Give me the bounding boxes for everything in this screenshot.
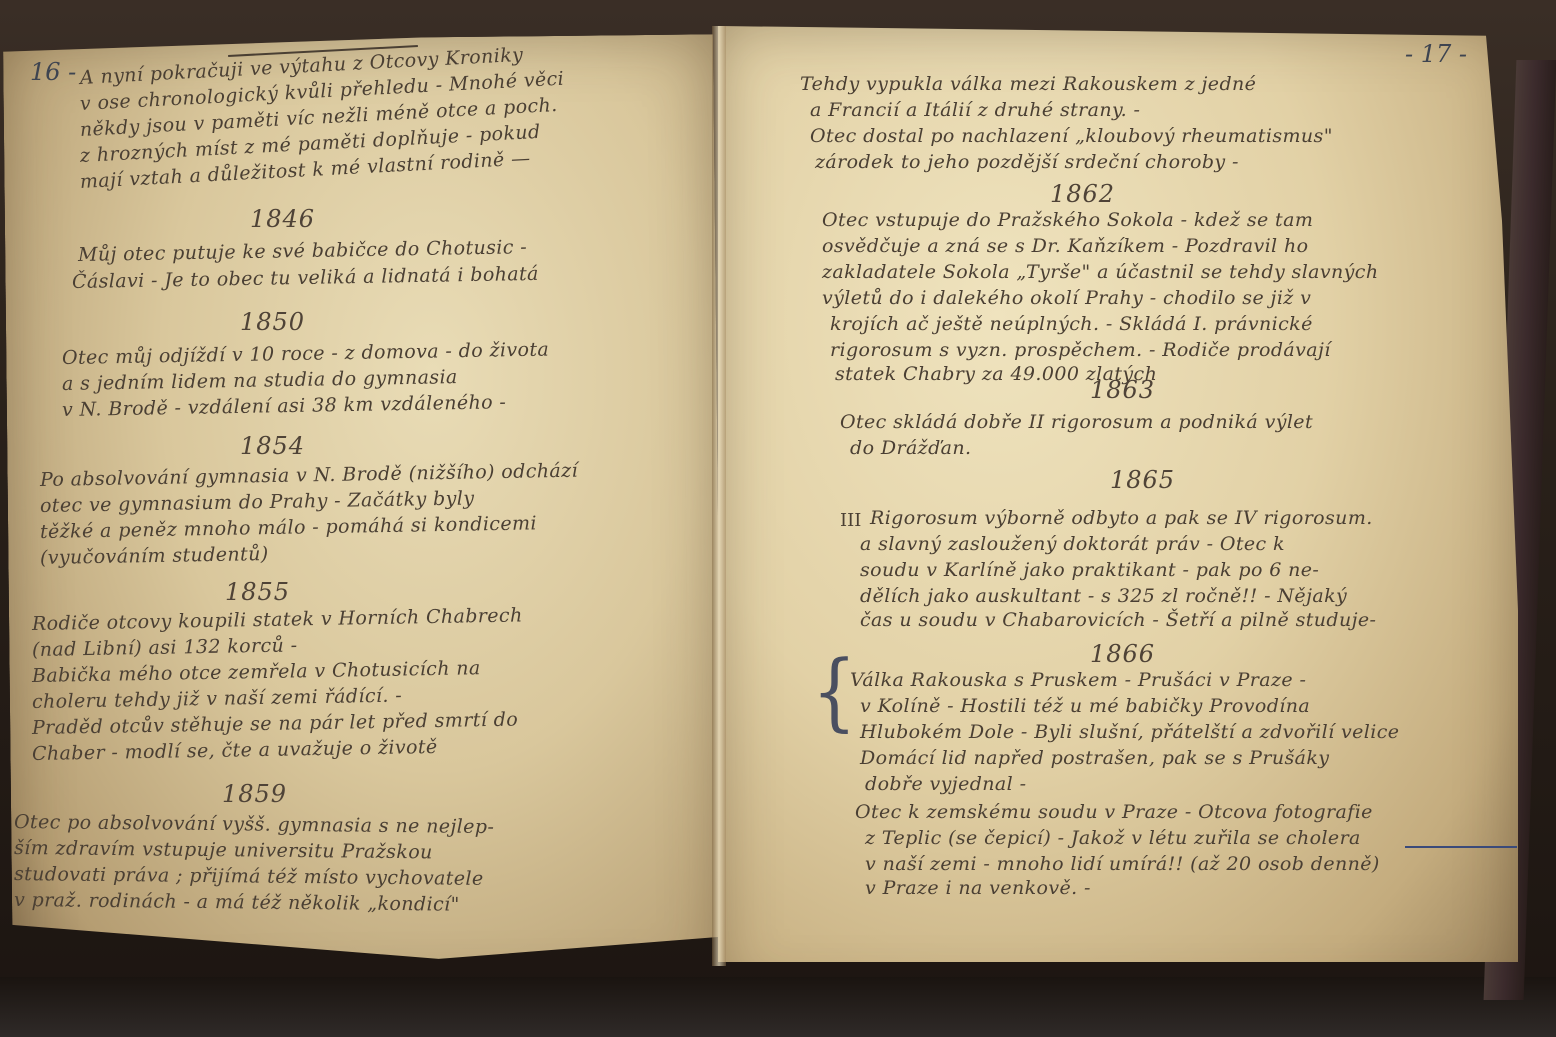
entry-year: 1866 [1090,640,1155,668]
entry-line: krojích ač ještě neúplných. - Skládá I. … [830,312,1313,337]
margin-roman-numeral: III [840,510,861,531]
intro-line: Otec dostal po nachlazení „kloubový rheu… [810,124,1333,149]
continuation-line: v Praze i na venkově. - [865,876,1091,901]
left-page-number: 16 - [30,58,76,86]
entry-year: 1862 [1050,180,1115,208]
entry-year: 1865 [1110,466,1175,494]
entry-line: Otec vstupuje do Pražského Sokola - kdež… [822,208,1313,233]
entry-line: ším zdravím vstupuje universitu Pražskou [14,836,433,865]
entry-line: Hlubokém Dole - Byli slušní, přátelští a… [860,720,1399,745]
intro-line: zárodek to jeho pozdější srdeční choroby… [815,150,1239,175]
entry-line: zakladatele Sokola „Tyrše" a účastnil se… [822,260,1378,285]
entry-line: Válka Rakouska s Pruskem - Prušáci v Pra… [850,668,1306,693]
entry-line: (nad Libní) asi 132 korců - [32,633,298,663]
entry-line: (vyučováním studentů) [40,542,269,571]
entry-year: 1859 [222,780,287,808]
entry-line: Rigorosum výborně odbyto a pak se IV rig… [870,506,1373,531]
entry-year: 1855 [225,578,290,606]
entry-year: 1850 [240,308,305,336]
entry-line: Domácí lid napřed postrašen, pak se s Pr… [860,746,1329,771]
entry-year: 1863 [1090,376,1155,404]
entry-line: soudu v Karlíně jako praktikant - pak po… [860,558,1319,583]
entry-line: studovati práva ; přijímá též místo vych… [14,862,484,892]
entry-line: v praž. rodinách - a má též několik „kon… [14,888,460,918]
entry-year: 1846 [250,205,315,233]
book-gutter [712,26,726,966]
entry-line: dělích jako auskultant - s 325 zl ročně!… [860,584,1347,609]
entry-line: rigorosum s vyzn. prospěchem. - Rodiče p… [830,338,1331,363]
right-page-number: - 17 - [1405,40,1467,68]
intro-line: a Francií a Itálií z druhé strany. - [810,98,1140,123]
continuation-line: v naší zemi - mnoho lidí umírá!! (až 20 … [865,852,1380,877]
entry-line: v Kolíně - Hostili též u mé babičky Prov… [860,694,1310,719]
blue-underline [1405,846,1517,848]
entry-line: Otec po absolvování vyšš. gymnasia s ne … [14,810,494,840]
entry-year: 1854 [240,432,305,460]
entry-line: dobře vyjednal - [865,772,1026,797]
entry-line: osvědčuje a zná se s Dr. Kaňzíkem - Pozd… [822,234,1308,259]
entry-line: do Drážďan. [850,436,971,461]
photo-scene: 16 - A nyní pokračuji ve výtahu z Otcovy… [0,0,1556,1037]
entry-line: čas u soudu v Chabarovicích - Šetří a pi… [860,608,1376,633]
intro-line: Tehdy vypukla válka mezi Rakouskem z jed… [800,72,1256,97]
table-surface [0,977,1556,1037]
entry-line: Otec skládá dobře II rigorosum a podniká… [840,410,1313,435]
continuation-line: z Teplic (se čepicí) - Jakož v létu zuři… [865,826,1361,851]
entry-line: a slavný zasloužený doktorát práv - Otec… [860,532,1285,557]
entry-line: výletů do i dalekého okolí Prahy - chodi… [822,286,1311,311]
continuation-line: Otec k zemskému soudu v Praze - Otcova f… [855,800,1373,825]
